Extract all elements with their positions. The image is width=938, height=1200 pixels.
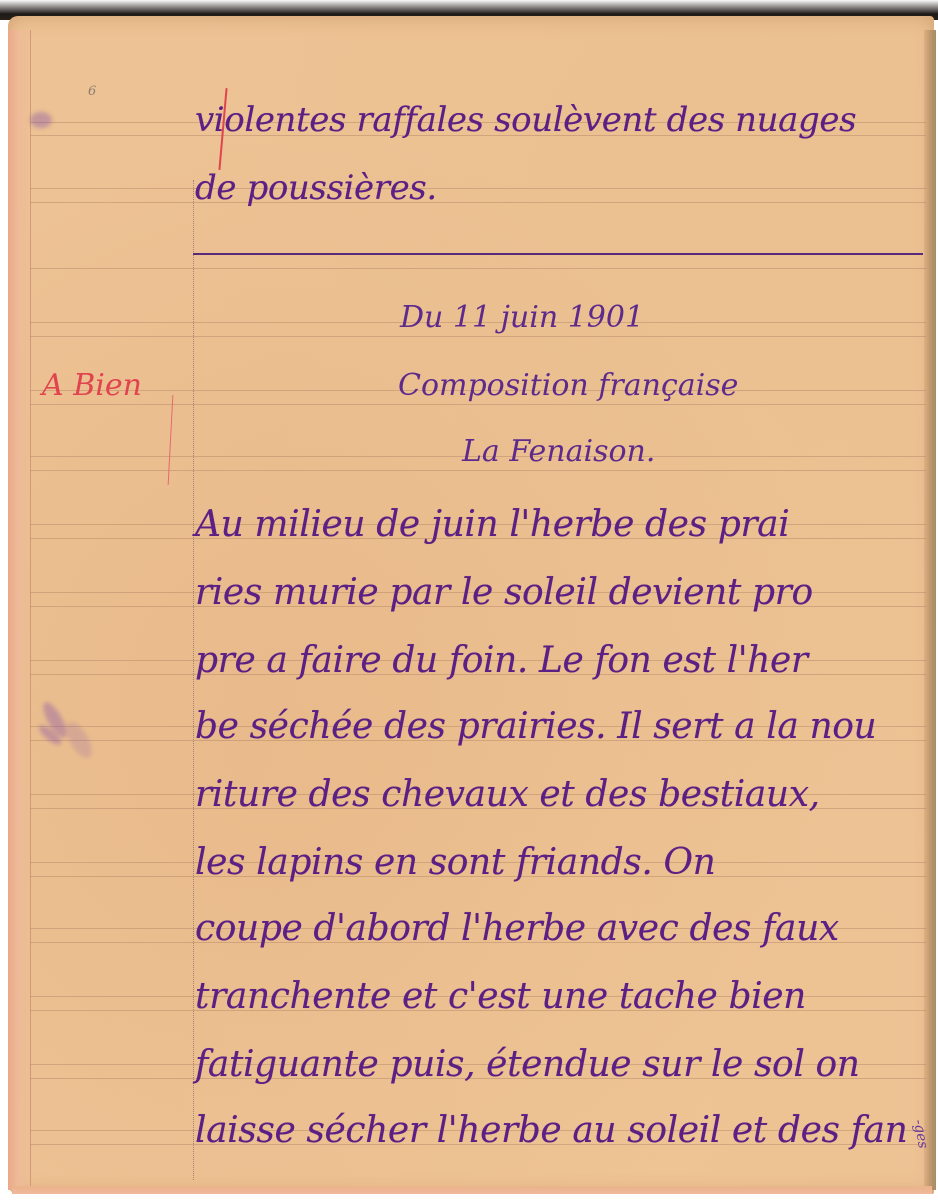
margin-line xyxy=(193,180,194,1180)
page-edge-left xyxy=(8,30,31,1190)
body-line: fatiguante puis, étendue sur le sol on xyxy=(195,1044,860,1085)
body-line: coupe d'abord l'herbe avec des faux xyxy=(195,908,839,949)
previous-text-line: de poussières. xyxy=(195,168,437,208)
ink-smudge xyxy=(30,112,52,128)
body-line: be séchée des prairies. Il sert a la nou xyxy=(195,706,876,747)
ruled-line xyxy=(30,268,926,269)
section-separator xyxy=(193,253,923,255)
page-edge-bottom xyxy=(12,1186,932,1194)
ruled-line xyxy=(30,470,926,471)
body-line: riture des chevaux et des bestiaux, xyxy=(195,774,820,815)
body-line: Au milieu de juin l'herbe des prai xyxy=(195,504,789,545)
page-edge-right xyxy=(924,30,936,1190)
body-line: laisse sécher l'herbe au soleil et des f… xyxy=(195,1110,907,1151)
assignment-subject: Composition française xyxy=(398,368,738,403)
teacher-grade: A Bien xyxy=(42,368,142,403)
ruled-line xyxy=(30,336,926,337)
ruled-line xyxy=(30,202,926,203)
ruled-line xyxy=(30,188,926,189)
previous-text-line: violentes raffales soulèvent des nuages xyxy=(195,100,856,140)
body-line: tranchente et c'est une tache bien xyxy=(195,976,806,1017)
page-number: 6 xyxy=(88,84,96,99)
body-line: ries murie par le soleil devient pro xyxy=(195,572,813,613)
ruled-line xyxy=(30,404,926,405)
assignment-date: Du 11 juin 1901 xyxy=(400,300,644,335)
body-line: les lapins en sont friands. On xyxy=(195,842,715,883)
assignment-title: La Fenaison. xyxy=(462,434,655,469)
body-line: pre a faire du foin. Le fon est l'her xyxy=(195,640,808,681)
